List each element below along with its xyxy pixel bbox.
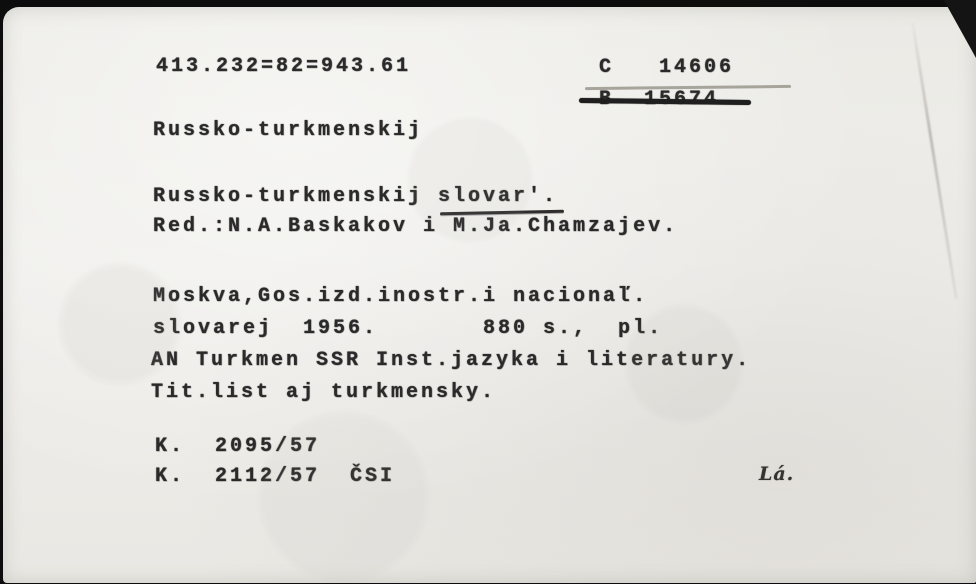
accession-number-2: K. 2112/57 ČSI — [155, 465, 395, 489]
scanned-catalog-card-photo: { "card": { "classification": "413.232=8… — [0, 0, 976, 584]
statement-of-responsibility: Red.:N.A.Baskakov i M.Ja.Chamzajev. — [153, 215, 678, 239]
catalog-card-paper: 413.232=82=943.61 C 14606 B 15674 Russko… — [3, 7, 976, 583]
note-line-2: Tit.list aj turkmensky. — [151, 381, 496, 405]
call-number-current: C 14606 — [599, 56, 734, 80]
tracing-heading: Russko-turkmenskij — [153, 119, 423, 143]
note-line-1: AN Turkmen SSR Inst.jazyka i literatury. — [151, 349, 751, 373]
accession-number-1: K. 2095/57 — [155, 435, 320, 459]
imprint-line-2: slovarej 1956. 880 s., pl. — [153, 317, 663, 341]
classification-number: 413.232=82=943.61 — [156, 55, 411, 79]
cataloguer-initials: Lá. — [759, 463, 794, 485]
title-line: Russko-turkmenskij slovar'. — [153, 185, 558, 209]
imprint-line-1: Moskva,Gos.izd.inostr.i nacionaľ. — [153, 285, 648, 309]
paper-crease-mark — [911, 22, 958, 299]
